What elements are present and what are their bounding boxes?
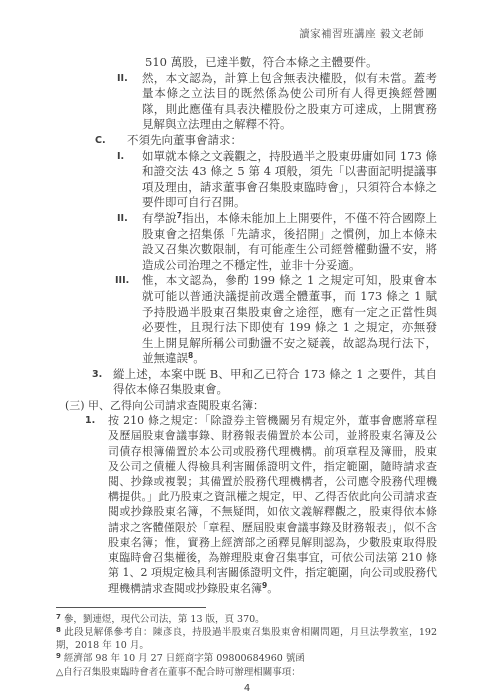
paragraph-text: 不須先向董事會請求：: [127, 133, 242, 147]
paragraph-text: 惟，本文認為，參酌 199 條之 1 之規定可知，股東會本就可能以普通決議提前改…: [142, 273, 437, 365]
footnote-number: 9: [56, 652, 61, 660]
list-marker: III.: [115, 273, 129, 289]
footnote-text: 此段見解係參考自：陳彥良，持股過半股東召集股東會相關問題，月旦法學教室，192 …: [56, 627, 437, 651]
list-marker: I.: [117, 149, 124, 165]
document-body: 510 萬股，已達半數，符合本條之主體要件。 II. 然，本文認為，計算上包含無…: [0, 55, 437, 694]
list-marker: II.: [117, 71, 128, 87]
list-item-roman: II. 然，本文認為，計算上包含無表決權股，似有未當。蓋考量本條之立法目的既然係…: [142, 71, 437, 133]
list-item-letter: C. 不須先向董事會請求：: [127, 133, 437, 149]
paragraph-text: 。: [193, 351, 205, 365]
paragraph-text: 縱上述，本案中既 B、甲和乙已符合 173 條之 1 之要件，其自得依本條召集股…: [113, 367, 437, 397]
paragraph-text: 如單就本條之文義觀之，持股過半之股東毋庸如同 173 條和證交法 43 條之 5…: [142, 149, 437, 210]
document-page: 讀家補習班講座 毅文老師 510 萬股，已達半數，符合本條之主體要件。 II. …: [0, 0, 494, 700]
paragraph-text: 510 萬股，已達半數，符合本條之主體要件。: [145, 55, 378, 69]
list-item-number: 1. 按 210 條之規定：「除證券主管機關另有規定外，董事會應將章程及歷屆股東…: [108, 413, 437, 595]
section-heading: (三) 甲、乙得向公司請求查閱股東名簿：: [88, 398, 437, 413]
section-marker: (三): [65, 398, 85, 413]
paragraph-text: 指出，本條未能加上上開要件，不僅不符合國際上股東會之招集係「先請求，後招開」之慣…: [142, 211, 437, 272]
page-number: 4: [0, 683, 494, 694]
list-marker: II.: [117, 211, 128, 227]
footnotes: 7 參，劉連煜，現代公司法，第 13 版，頁 370。 8 此段見解係參考自：陳…: [56, 613, 437, 679]
footnote-text: 參，劉連煜，現代公司法，第 13 版，頁 370。: [64, 614, 265, 625]
list-item-number: 3. 縱上述，本案中既 B、甲和乙已符合 173 條之 1 之要件，其自得依本條…: [113, 367, 437, 398]
paragraph-continuation: 510 萬股，已達半數，符合本條之主體要件。: [145, 55, 437, 71]
list-marker: C.: [95, 133, 106, 149]
paragraph-text: 然，本文認為，計算上包含無表決權股，似有未當。蓋考量本條之立法目的既然係為使公司…: [142, 71, 437, 132]
footnote-text: 經濟部 98 年 10 月 27 日經商字第 09800684960 號函: [64, 653, 305, 664]
paragraph-text: 。: [267, 582, 278, 595]
footnote-7: 7 參，劉連煜，現代公司法，第 13 版，頁 370。: [56, 613, 437, 626]
list-marker: 1.: [85, 413, 95, 428]
page-header: 讀家補習班講座 毅文老師: [299, 26, 424, 41]
list-item-roman: I. 如單就本條之文義觀之，持股過半之股東毋庸如同 173 條和證交法 43 條…: [142, 149, 437, 211]
footnote-annotation: △自行召集股東臨時會者在董事不配合時可辦理相關事項：: [56, 666, 437, 679]
footnote-number: 8: [56, 626, 61, 634]
footnote-number: 7: [56, 613, 61, 621]
paragraph-text: 有學說: [142, 211, 177, 225]
list-item-roman: II. 有學說7指出，本條未能加上上開要件，不僅不符合國際上股東會之招集係「先請…: [142, 211, 437, 273]
footnote-8: 8 此段見解係參考自：陳彥良，持股過半股東召集股東會相關問題，月旦法學教室，19…: [56, 626, 437, 652]
paragraph-text: 按 210 條之規定：「除證券主管機關另有規定外，董事會應將章程及歷屆股東會議事…: [108, 414, 437, 594]
footnote-separator: [56, 607, 206, 608]
footnote-9: 9 經濟部 98 年 10 月 27 日經商字第 09800684960 號函: [56, 652, 437, 665]
list-marker: 3.: [92, 367, 102, 383]
header-title: 讀家補習班講座 毅文老師: [299, 28, 424, 40]
section-title: 甲、乙得向公司請求查閱股東名簿：: [88, 399, 264, 412]
list-item-roman: III. 惟，本文認為，參酌 199 條之 1 之規定可知，股東會本就可能以普通…: [142, 273, 437, 367]
